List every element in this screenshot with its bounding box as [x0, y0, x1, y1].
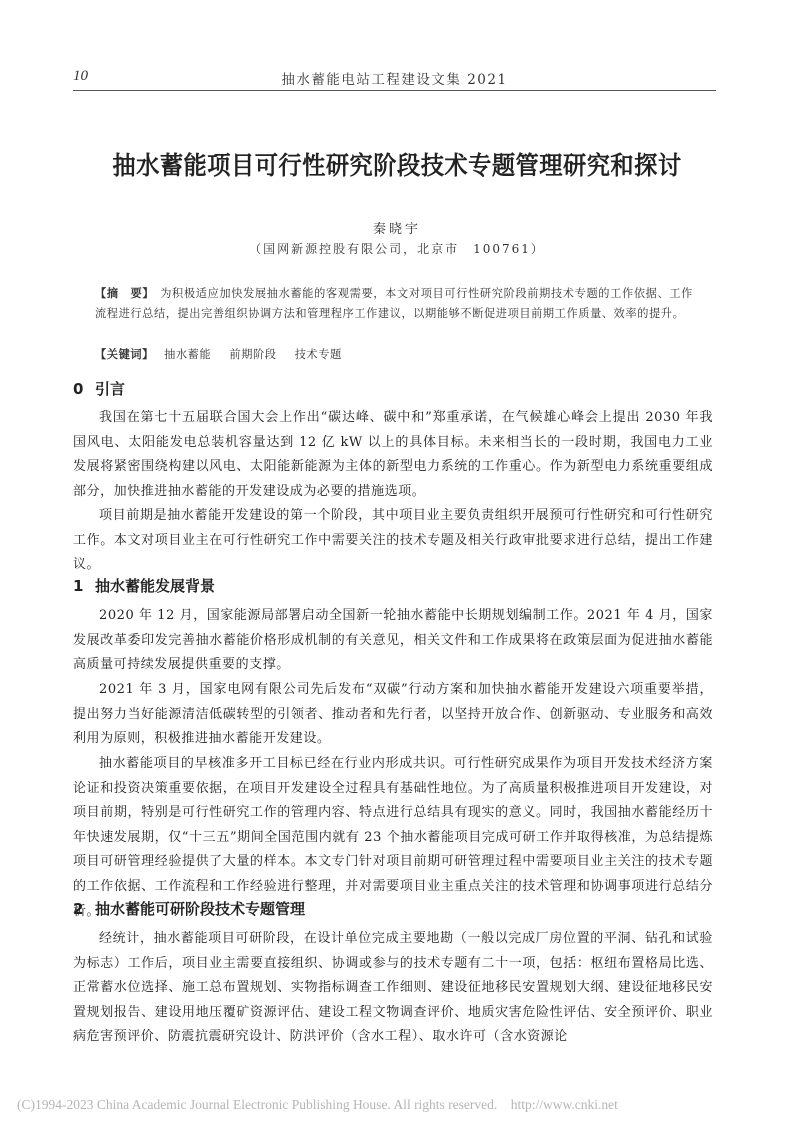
section-number: 1 — [73, 577, 95, 595]
section-number: 0 — [73, 380, 95, 398]
abstract: 【摘 要】为积极适应加快发展抽水蓄能的客观需要，本文对项目可行性研究阶段前期技术… — [95, 284, 693, 324]
section-heading: 0引言 — [73, 378, 125, 399]
copyright-text: (C)1994-2023 China Academic Journal Elec… — [17, 1097, 497, 1112]
cnki-link[interactable]: http://www.cnki.net — [511, 1097, 618, 1112]
keyword: 技术专题 — [295, 348, 342, 361]
journal-name: 抽水蓄能电站工程建设文集 2021 — [73, 68, 716, 88]
paragraph: 2021 年 3 月，国家电网有限公司先后发布“双碳”行动方案和加快抽水蓄能开发… — [73, 678, 713, 752]
section-title: 抽水蓄能发展背景 — [95, 577, 215, 595]
copyright-footer: (C)1994-2023 China Academic Journal Elec… — [17, 1097, 618, 1113]
running-header: 10 抽水蓄能电站工程建设文集 2021 — [73, 66, 716, 91]
section-title: 引言 — [95, 380, 125, 398]
abstract-text: 为积极适应加快发展抽水蓄能的客观需要，本文对项目可行性研究阶段前期技术专题的工作… — [95, 287, 693, 320]
keyword: 前期阶段 — [229, 348, 276, 361]
section-heading: 1抽水蓄能发展背景 — [73, 575, 215, 596]
section-title: 抽水蓄能可研阶段技术专题管理 — [95, 900, 305, 918]
keyword: 抽水蓄能 — [164, 348, 211, 361]
affiliation: （国网新源控股有限公司，北京市 100761） — [0, 240, 794, 257]
keywords: 【关键词】 抽水蓄能 前期阶段 技术专题 — [95, 345, 693, 365]
paragraph: 我国在第七十五届联合国大会上作出“碳达峰、碳中和”郑重承诺，在气候雄心峰会上提出… — [73, 406, 713, 504]
author: 秦晓宇 — [0, 218, 794, 237]
abstract-label: 【摘 要】 — [95, 287, 154, 300]
article-title: 抽水蓄能项目可行性研究阶段技术专题管理研究和探讨 — [28, 146, 766, 182]
paragraph: 项目前期是抽水蓄能开发建设的第一个阶段，其中项目业主要负责组织开展预可行性研究和… — [73, 504, 713, 578]
paragraph: 经统计，抽水蓄能项目可研阶段，在设计单位完成主要地勘（一般以完成厂房位置的平洞、… — [73, 927, 713, 1050]
keywords-label: 【关键词】 — [95, 348, 154, 361]
paragraph: 2020 年 12 月，国家能源局部署启动全国新一轮抽水蓄能中长期规划编制工作。… — [73, 604, 713, 678]
section-number: 2 — [73, 900, 95, 918]
section-heading: 2抽水蓄能可研阶段技术专题管理 — [73, 898, 305, 919]
